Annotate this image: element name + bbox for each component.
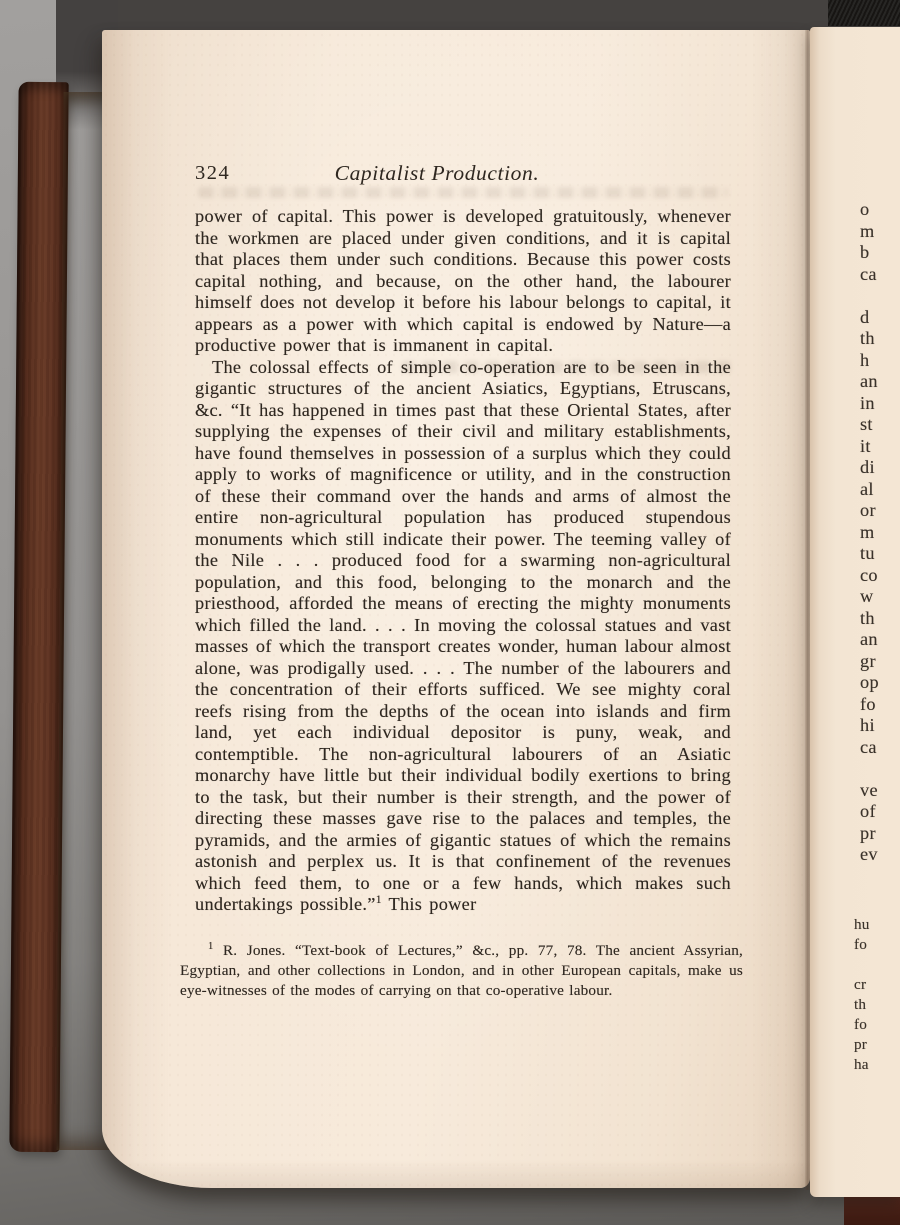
running-header: Capitalist Production.	[335, 161, 540, 186]
page-content: 324 Capitalist Production. power of capi…	[195, 161, 731, 1001]
page-header-row: 324 Capitalist Production.	[195, 161, 731, 189]
paragraph-2-continuation: This power	[382, 894, 477, 914]
book-photo: 324 Capitalist Production. power of capi…	[0, 0, 900, 1225]
facing-page-text-fragments: o m b ca d th h an in st it di al or m t…	[860, 199, 879, 866]
left-page: 324 Capitalist Production. power of capi…	[102, 30, 810, 1188]
paragraph-1: power of capital. This power is develope…	[195, 206, 731, 357]
page-number: 324	[195, 162, 230, 185]
facing-page: o m b ca d th h an in st it di al or m t…	[810, 27, 900, 1197]
footnote-text: R. Jones. “Text-book of Lectures,” &c., …	[180, 942, 743, 999]
footnote: 1 R. Jones. “Text-book of Lectures,” &c.…	[180, 941, 743, 1001]
paragraph-2: The colossal effects of simple co-operat…	[195, 357, 731, 916]
facing-page-footnote-fragments: hu fo cr th fo pr ha	[854, 915, 870, 1075]
book-headband	[828, 0, 900, 26]
paragraph-2-text: The colossal effects of simple co-operat…	[195, 357, 731, 915]
gutter-crease	[805, 30, 810, 1190]
